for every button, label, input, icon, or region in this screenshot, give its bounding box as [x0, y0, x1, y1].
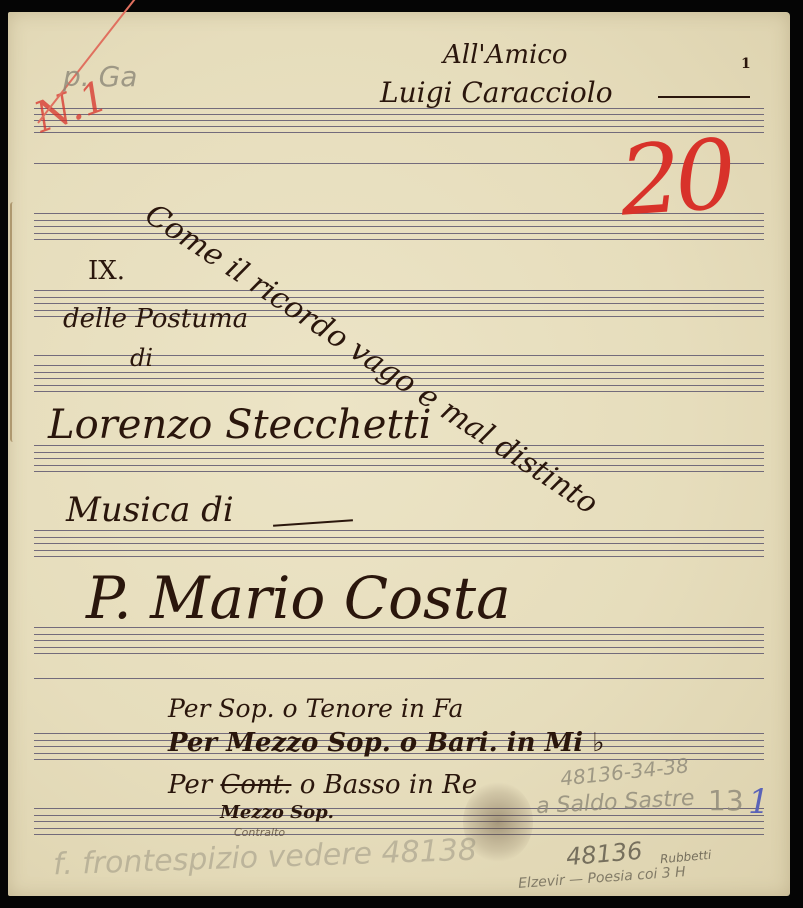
blue-mark: 1 — [748, 782, 770, 822]
binding-thread — [10, 202, 18, 442]
pencil-note-bottom-left: f. frontespizio vedere 48138 — [53, 833, 478, 883]
voicing-3-struck: Cont. — [220, 770, 291, 800]
voicing-2: Per Mezzo Sop. o Bari. in Mi ♭ — [168, 728, 605, 758]
voicing-3-correction: Mezzo Sop. — [220, 802, 334, 823]
dedication-underline — [658, 96, 750, 98]
staff-line — [34, 678, 764, 679]
music-by-label: Musica di — [66, 490, 234, 530]
voicing-3-prefix: Per — [168, 770, 212, 800]
red-folio-number: 20 — [616, 118, 734, 237]
pencil-note-top-left: p. Ga — [63, 60, 137, 93]
source-line-1: delle Postuma — [63, 304, 248, 334]
voicing-3: Per Cont. o Basso in Re — [168, 770, 477, 800]
pencil-bottom-right-line2: Elzevir — Poesia coi 3 H — [518, 864, 687, 892]
voicing-3-rest: o Basso in Re — [300, 770, 477, 800]
manuscript-page: 1 All'Amico Luigi Caracciolo 20 N.1 p. G… — [8, 12, 790, 896]
number-label: IX. — [88, 256, 125, 286]
pencil-bottom-right-number: 48136 — [565, 837, 644, 872]
voicing-1: Per Sop. o Tenore in Fa — [168, 694, 463, 723]
page-number: 1 — [741, 56, 751, 72]
pencil-bottom-right-name: Rubbetti — [659, 848, 711, 866]
music-by-flourish — [273, 519, 353, 527]
dedication-line-2: Luigi Caracciolo — [380, 76, 613, 109]
song-title: Come il ricordo vago e mal distinto — [139, 197, 605, 522]
voicing-3-correction-sub: Contralto — [234, 826, 285, 839]
poet-name: Lorenzo Stecchetti — [48, 402, 431, 448]
pencil-number: 13 — [708, 784, 744, 817]
composer-name: P. Mario Costa — [86, 564, 511, 632]
dedication-line-1: All'Amico — [443, 40, 568, 70]
source-line-2: di — [130, 344, 153, 372]
